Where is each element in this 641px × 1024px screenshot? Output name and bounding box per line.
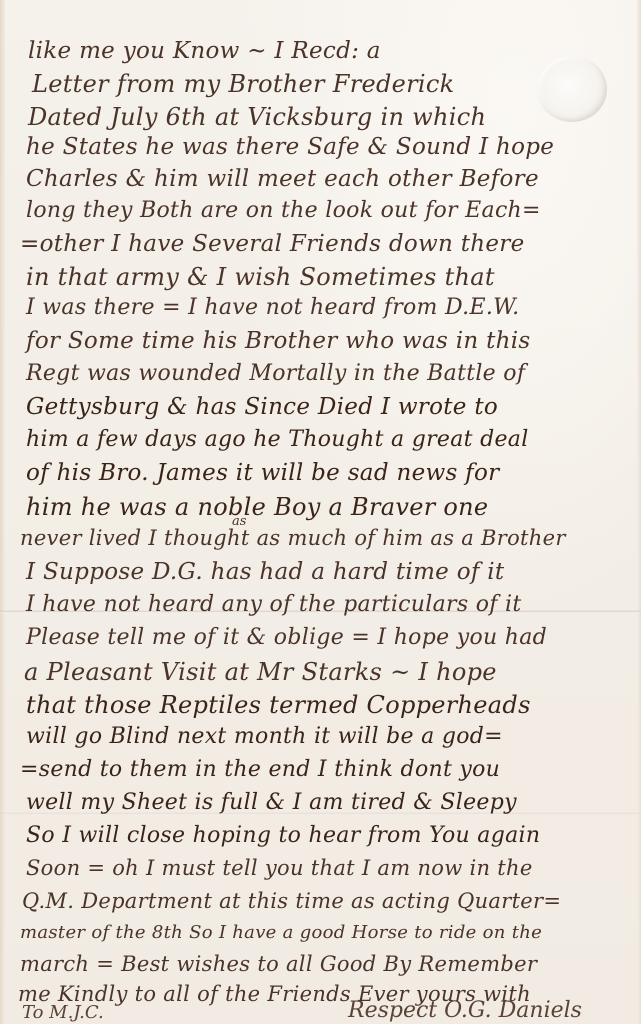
letter-recipient: To M.J.C. xyxy=(22,1002,104,1023)
letter-line: him he was a noble Boy a Braver one xyxy=(26,493,488,521)
letter-line: Charles & him will meet each other Befor… xyxy=(26,166,539,192)
letter-line: Letter from my Brother Frederick xyxy=(32,70,454,98)
letter-line: that those Reptiles termed Copperheads xyxy=(26,691,531,719)
letter-line: Q.M. Department at this time as acting Q… xyxy=(22,889,561,913)
letter-line: he States he was there Safe & Sound I ho… xyxy=(26,134,554,160)
letter-line: like me you Know ~ I Recd: a xyxy=(28,38,381,64)
letter-line: him a few days ago he Thought a great de… xyxy=(26,427,529,452)
letter-line: Regt was wounded Mortally in the Battle … xyxy=(26,361,525,386)
letter-line: Dated July 6th at Vicksburg in which xyxy=(28,103,486,131)
embossed-seal-icon xyxy=(537,56,607,122)
paper-right-edge xyxy=(637,0,641,1024)
letter-line: I Suppose D.G. has had a hard time of it xyxy=(26,559,504,585)
letter-line: Soon = oh I must tell you that I am now … xyxy=(26,856,533,880)
letter-line: =other I have Several Friends down there xyxy=(20,231,525,257)
letter-signature: Respect O.G. Daniels xyxy=(348,998,582,1023)
letter-line: =send to them in the end I think dont yo… xyxy=(20,757,500,782)
paper-left-edge xyxy=(0,0,5,1024)
letter-line: in that army & I wish Sometimes that xyxy=(26,263,495,291)
letter-line: I have not heard any of the particulars … xyxy=(26,592,521,617)
letter-line: never lived I thought as much of him as … xyxy=(20,526,566,550)
letter-line: for Some time his Brother who was in thi… xyxy=(26,328,531,354)
letter-line: I was there = I have not heard from D.E.… xyxy=(26,295,519,320)
letter-line: So I will close hoping to hear from You … xyxy=(26,823,540,848)
letter-line: a Pleasant Visit at Mr Starks ~ I hope xyxy=(24,658,497,686)
letter-line: march = Best wishes to all Good By Remem… xyxy=(20,952,537,976)
letter-page: like me you Know ~ I Recd: a Letter from… xyxy=(0,0,641,1024)
letter-line: well my Sheet is full & I am tired & Sle… xyxy=(26,790,517,815)
letter-line: Please tell me of it & oblige = I hope y… xyxy=(26,625,547,650)
letter-line: will go Blind next month it will be a go… xyxy=(26,724,503,749)
letter-line: long they Both are on the look out for E… xyxy=(26,198,541,223)
letter-line: of his Bro. James it will be sad news fo… xyxy=(26,460,499,486)
letter-line: master of the 8th So I have a good Horse… xyxy=(20,922,542,943)
letter-line: Gettysburg & has Since Died I wrote to xyxy=(26,394,498,420)
